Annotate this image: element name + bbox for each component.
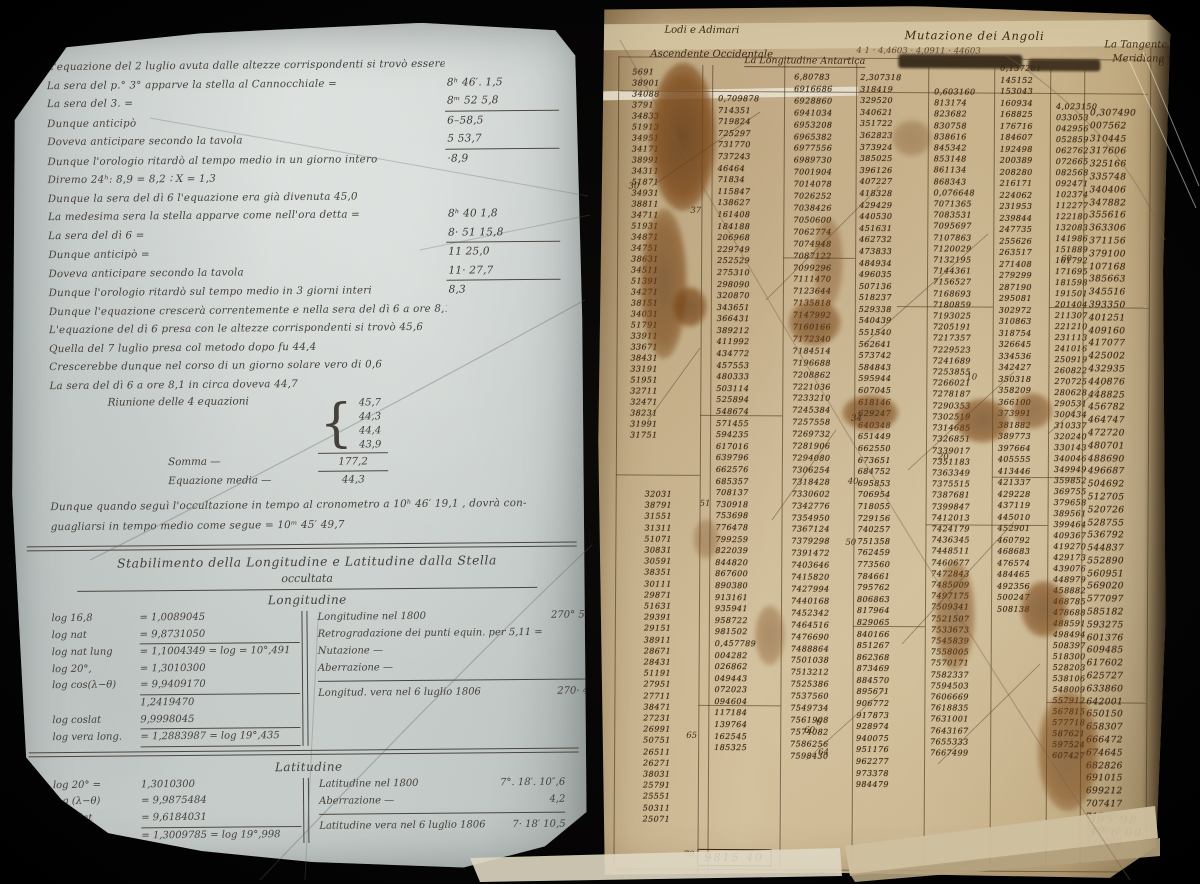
log-value: = 9,8731050 <box>140 626 300 645</box>
log-value: = 9,6184031 <box>141 809 301 828</box>
reduction-label: Aberrazione — <box>318 658 543 677</box>
scanned-manuscript-stage: L'equazione del 2 luglio avuta dalle alt… <box>0 0 1200 884</box>
reduction-label: Aberrazione — <box>319 791 485 809</box>
row-group-marker: 65 <box>686 731 697 741</box>
edge-mark: 6 <box>1158 58 1164 69</box>
row-group-marker: 50 <box>845 538 856 548</box>
reduction-label: Nutazione — <box>318 641 543 660</box>
line-value <box>446 179 560 180</box>
line-value: 8ʰ 46′. 1,5 <box>445 72 559 91</box>
log-value: = 1,2883987 = log 19°,435 <box>140 728 300 747</box>
row-group-marker: 37 <box>690 206 701 216</box>
row-group-marker: 6 <box>816 718 821 728</box>
ink-stain <box>1012 393 1052 429</box>
brace-glyph: { <box>320 395 354 453</box>
reduction-label: Latitudine nel 1800 <box>319 774 485 792</box>
table-header-left: Lodi e Adimari <box>664 25 739 36</box>
result-row: Latitudine vera nel 6 luglio 18067· 18′ … <box>319 811 565 834</box>
mean-value: 44,3 <box>318 471 388 489</box>
brace-value: 45,7 <box>359 396 381 410</box>
log-value: = 1,1004349 = log = 10°,491 <box>140 643 300 661</box>
row-group-marker: 60 <box>804 726 815 736</box>
table-header-center: Mutazione dei Angoli <box>904 28 1044 43</box>
row-group-marker: 51 <box>700 499 711 509</box>
right-table-page: Lodi e Adimari Mutazione dei Angoli Asce… <box>593 4 1172 881</box>
log-value: = 1,0089045 <box>139 609 299 627</box>
vertical-divider <box>301 611 308 746</box>
result-row: Longitud. vera nel 6 luglio 1806270· 48′… <box>318 678 623 702</box>
log-label: log nat lung <box>52 645 140 662</box>
mean-row: Equazione media — 44,3 <box>168 470 562 490</box>
vertical-divider-2 <box>303 778 310 843</box>
line-value: 8ᵐ 52 5,8 <box>445 91 559 111</box>
ink-stain <box>649 63 716 211</box>
line-value <box>447 384 561 385</box>
calculation-lines: L'equazione del 2 luglio avuta dalle alt… <box>47 54 562 395</box>
table-grid-hline <box>613 868 1145 872</box>
ink-stain <box>1021 581 1067 637</box>
line-value <box>447 347 561 348</box>
equations-summary: Riunione delle 4 equazioni { 45,744,344,… <box>108 393 562 455</box>
row-group-marker: 64 <box>818 748 829 758</box>
line-text: La sera del dì 6 a ore 8,1 in circa dove… <box>49 373 447 395</box>
log-row: log coslat9,9998045 <box>52 711 300 731</box>
brace-value: 44,3 <box>359 410 381 424</box>
line-text: Doveva anticipare secondo la tavola <box>47 130 445 152</box>
spacer <box>318 700 543 719</box>
sum-value: 177,2 <box>318 452 388 472</box>
result-label: Longitud. vera nel 6 luglio 1806 <box>318 683 543 702</box>
line-value <box>447 310 561 311</box>
reduction-label: Longitudine nel 1800 <box>317 607 542 626</box>
line-text: La sera del 3. = <box>47 92 445 114</box>
log-value: = 9,9409170 <box>140 676 300 695</box>
row-group-marker: 10 <box>966 373 977 383</box>
log-value: = 9,9875484 <box>141 792 301 810</box>
row-group-marker: 34 <box>851 414 862 424</box>
log-value: 1,3010300 <box>141 776 301 794</box>
latitude-reductions: Latitudine nel 18007°. 18′. 10″,6Aberraz… <box>319 773 568 843</box>
line-value <box>447 366 561 367</box>
log-label: log cos(λ−θ) <box>52 678 140 696</box>
latitude-logs: log 20° =1,3010300log (λ−θ)= 9,9875484· … <box>53 776 302 846</box>
row-group-marker: 70 <box>683 850 694 860</box>
ink-stain <box>789 299 841 345</box>
line-value: 8ʰ 40 1,8 <box>446 204 560 223</box>
row-group-marker: 30 <box>629 181 640 191</box>
line-value <box>446 197 560 198</box>
log-row: log nat= 9,8731050 <box>52 626 300 646</box>
row-group-marker: 20 <box>938 452 949 462</box>
column-header-tangente-1: La Tangente <box>1104 39 1167 50</box>
table-grid-vline <box>613 56 619 864</box>
log-label <box>52 695 140 712</box>
manuscript-line: La sera del dì 6 a ore 8,1 in circa dove… <box>49 372 561 395</box>
brace-label: Riunione delle 4 equazioni <box>108 395 320 455</box>
line-value: 8,3 <box>447 280 561 299</box>
closing-line-2: guagliarsi in tempo medio come segue = 1… <box>51 513 563 537</box>
line-value <box>447 329 561 330</box>
log-value: = 1,3009785 = log 19°,998 <box>141 827 301 845</box>
log-label: · tan lat <box>53 810 141 828</box>
line-value: 11· 27,7 <box>446 260 560 280</box>
log-label: log vera long. <box>52 730 140 748</box>
log-value: 9,9998045 <box>140 711 300 730</box>
log-row: · tan lat= 9,6184031 <box>53 809 301 829</box>
log-label: log 20° = <box>53 777 141 794</box>
reduction-row: Aberrazione —19,4 <box>318 657 623 677</box>
line-value: 8· 51 15,8 <box>446 222 560 242</box>
result-label: Latitudine vera nel 6 luglio 1806 <box>319 816 485 834</box>
reduction-row: Latitudine nel 18007°. 18′. 10″,6 <box>319 773 565 792</box>
log-label: log 20°, <box>52 661 140 678</box>
line-value: ·8,9 <box>445 148 559 167</box>
line-value: 11 25,0 <box>446 242 560 261</box>
tangente-exponent: 2 <box>1178 36 1183 45</box>
reduction-value: 7°. 18′. 10″,6 <box>485 773 565 791</box>
ink-stain <box>955 398 1009 442</box>
latitude-rule <box>29 747 579 757</box>
longitude-reductions: Longitudine nel 1800270° 55′ 10″,7Retrog… <box>317 606 625 745</box>
latitude-block: log 20° =1,3010300log (λ−θ)= 9,9875484· … <box>53 773 566 845</box>
line-text: Doveva anticipare secondo la tavola <box>48 261 446 283</box>
row-group-marker: 60 <box>1061 254 1072 264</box>
left-manuscript-page: L'equazione del 2 luglio avuta dalle alt… <box>2 21 591 876</box>
reduction-row: Aberrazione —4,2 <box>319 790 565 809</box>
result-value: 7· 18′ 10,5 <box>485 815 565 833</box>
log-label: log (λ−θ) <box>53 794 141 811</box>
row-group-marker: 40 <box>848 477 859 487</box>
line-value: 5 53,7 <box>445 129 559 149</box>
sum-label: Somma — <box>168 453 318 473</box>
log-label: log coslat <box>52 712 140 730</box>
log-row: = 1,3009785 = log 19°,998 <box>53 827 301 846</box>
reduction-value: 4,2 <box>485 790 565 808</box>
line-value: 6–58,5 <box>445 110 559 129</box>
line-text: La sera del dì 6 = <box>48 223 446 245</box>
log-label <box>53 828 141 845</box>
table-grid-vline <box>707 65 713 873</box>
log-row: log cos(λ−θ)= 9,9409170 <box>52 676 300 696</box>
reduction-label: Retrogradazione dei punti equin. per 5,1… <box>318 624 543 643</box>
log-label: log nat <box>52 627 140 645</box>
brace-value: 43,9 <box>359 438 381 452</box>
longitude-block: log 16,8= 1,0089045log nat= 9,8731050log… <box>51 607 564 748</box>
log-row: log vera long.= 1,2883987 = log 19°,435 <box>52 728 300 748</box>
table-column-values: 2,307318 318419 329520 340621 351722 362… <box>856 72 930 791</box>
log-value: 1,2419470 <box>140 694 300 712</box>
line-value <box>445 66 559 67</box>
table-grid-hline <box>616 474 700 476</box>
corner-mark: 4 <box>1185 10 1192 23</box>
ink-stain <box>693 519 719 559</box>
longitude-logs: log 16,8= 1,0089045log nat= 9,8731050log… <box>51 609 300 748</box>
ink-stain <box>673 287 707 327</box>
brace-value: 44,4 <box>359 424 381 438</box>
log-label: log 16,8 <box>51 610 139 627</box>
mean-label: Equazione media — <box>168 472 318 490</box>
brace-values: 45,744,344,443,9 <box>353 394 382 452</box>
ink-stain <box>892 120 932 156</box>
log-value: = 1,3010300 <box>140 660 300 678</box>
double-rule <box>27 542 577 552</box>
result-note-row: 5 <box>318 699 623 719</box>
